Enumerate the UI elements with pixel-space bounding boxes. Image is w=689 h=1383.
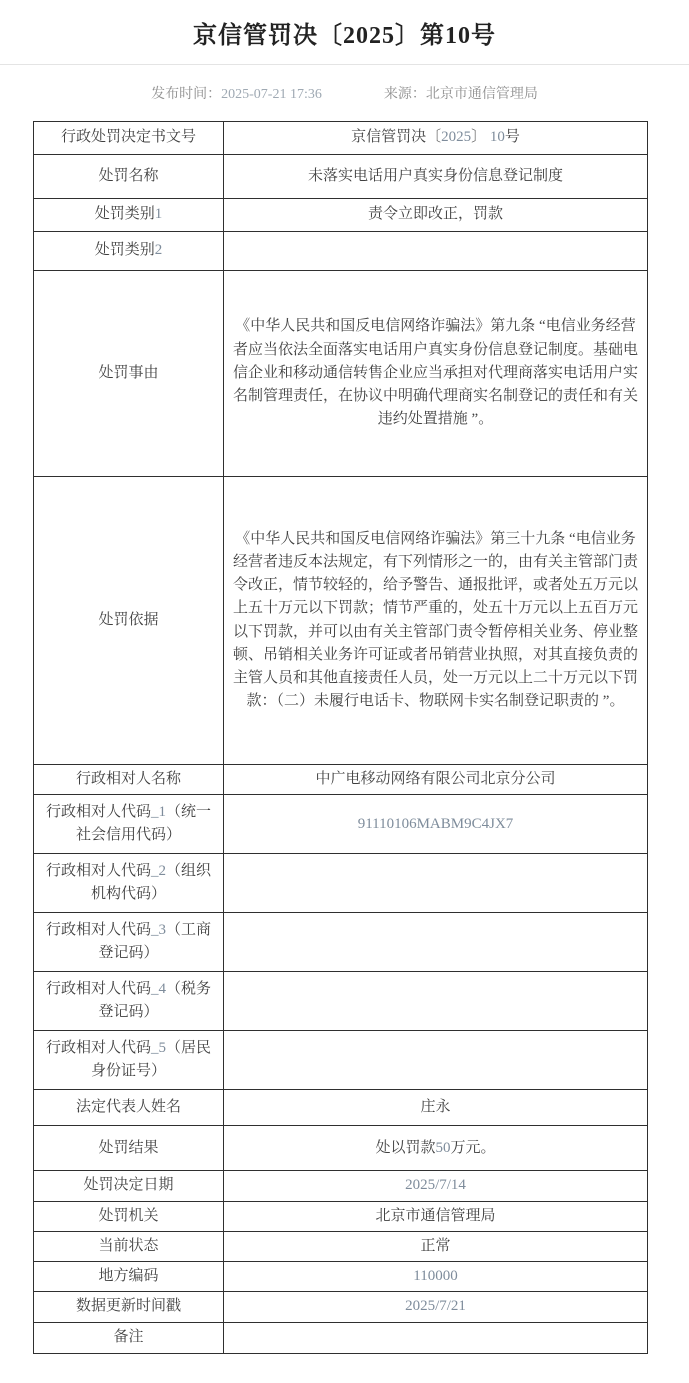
row-value [224, 232, 648, 271]
row-value: 责令立即改正，罚款 [224, 199, 648, 232]
source: 来源：北京市通信管理局 [384, 83, 538, 103]
row-value [224, 913, 648, 972]
row-penalty-authority: 处罚机关 北京市通信管理局 [34, 1201, 648, 1231]
row-penalty-reason: 处罚事由 《中华人民共和国反电信网络诈骗法》第九条 “电信业务经营者应当依法全面… [34, 271, 648, 477]
row-value [224, 1322, 648, 1353]
row-value: 91110106MABM9C4JX7 [224, 795, 648, 854]
row-value: 京信管罚决〔2025〕 10号 [224, 122, 648, 155]
row-region-code: 地方编码 110000 [34, 1262, 648, 1292]
row-party-code-5: 行政相对人代码_5（居民身份证号） [34, 1031, 648, 1090]
row-label: 行政相对人名称 [34, 765, 224, 795]
row-value [224, 854, 648, 913]
row-penalty-type-1: 处罚类别1 责令立即改正，罚款 [34, 199, 648, 232]
source-value: 北京市通信管理局 [426, 87, 538, 102]
row-label: 行政处罚决定书文号 [34, 122, 224, 155]
penalty-detail-table: 行政处罚决定书文号 京信管罚决〔2025〕 10号 处罚名称 未落实电话用户真实… [33, 121, 648, 1354]
meta-bar: 发布时间：2025-07-21 17:36 来源：北京市通信管理局 [0, 65, 689, 121]
row-current-status: 当前状态 正常 [34, 1231, 648, 1261]
row-penalty-result: 处罚结果 处以罚款50万元。 [34, 1126, 648, 1171]
row-label: 备注 [34, 1322, 224, 1353]
row-penalty-basis: 处罚依据 《中华人民共和国反电信网络诈骗法》第三十九条 “电信业务经营者违反本法… [34, 477, 648, 765]
row-value: 正常 [224, 1231, 648, 1261]
row-party-code-4: 行政相对人代码_4（税务登记码） [34, 972, 648, 1031]
row-label: 处罚机关 [34, 1201, 224, 1231]
source-label: 来源： [384, 87, 426, 102]
row-label: 行政相对人代码_1（统一社会信用代码） [34, 795, 224, 854]
row-value: 北京市通信管理局 [224, 1201, 648, 1231]
row-label: 行政相对人代码_5（居民身份证号） [34, 1031, 224, 1090]
row-value: 中广电移动网络有限公司北京分公司 [224, 765, 648, 795]
row-value: 2025/7/21 [224, 1292, 648, 1322]
row-value [224, 972, 648, 1031]
row-value: 未落实电话用户真实身份信息登记制度 [224, 155, 648, 199]
row-value [224, 1031, 648, 1090]
row-label: 处罚决定日期 [34, 1171, 224, 1201]
row-label: 行政相对人代码_3（工商登记码） [34, 913, 224, 972]
row-penalty-name: 处罚名称 未落实电话用户真实身份信息登记制度 [34, 155, 648, 199]
page-header: 京信管罚决〔2025〕第10号 [0, 0, 689, 65]
row-doc-number: 行政处罚决定书文号 京信管罚决〔2025〕 10号 [34, 122, 648, 155]
row-value: 《中华人民共和国反电信网络诈骗法》第三十九条 “电信业务经营者违反本法规定，有下… [224, 477, 648, 765]
row-label: 数据更新时间戳 [34, 1292, 224, 1322]
row-value: 处以罚款50万元。 [224, 1126, 648, 1171]
row-party-code-3: 行政相对人代码_3（工商登记码） [34, 913, 648, 972]
row-remarks: 备注 [34, 1322, 648, 1353]
row-penalty-type-2: 处罚类别2 [34, 232, 648, 271]
row-label: 处罚类别2 [34, 232, 224, 271]
row-label: 行政相对人代码_2（组织机构代码） [34, 854, 224, 913]
publish-time-value: 2025-07-21 17:36 [221, 87, 322, 102]
row-label: 处罚名称 [34, 155, 224, 199]
row-label: 法定代表人姓名 [34, 1090, 224, 1126]
row-label: 处罚依据 [34, 477, 224, 765]
row-label: 处罚事由 [34, 271, 224, 477]
row-label: 行政相对人代码_4（税务登记码） [34, 972, 224, 1031]
publish-time-label: 发布时间： [151, 87, 221, 102]
row-value: 2025/7/14 [224, 1171, 648, 1201]
row-legal-representative: 法定代表人姓名 庄永 [34, 1090, 648, 1126]
row-label: 地方编码 [34, 1262, 224, 1292]
row-value: 《中华人民共和国反电信网络诈骗法》第九条 “电信业务经营者应当依法全面落实电话用… [224, 271, 648, 477]
row-label: 处罚结果 [34, 1126, 224, 1171]
row-party-code-1: 行政相对人代码_1（统一社会信用代码） 91110106MABM9C4JX7 [34, 795, 648, 854]
publish-time: 发布时间：2025-07-21 17:36 [151, 83, 322, 103]
row-value: 庄永 [224, 1090, 648, 1126]
row-data-update-time: 数据更新时间戳 2025/7/21 [34, 1292, 648, 1322]
row-value: 110000 [224, 1262, 648, 1292]
row-label: 处罚类别1 [34, 199, 224, 232]
row-party-code-2: 行政相对人代码_2（组织机构代码） [34, 854, 648, 913]
page-title: 京信管罚决〔2025〕第10号 [193, 15, 496, 50]
row-decision-date: 处罚决定日期 2025/7/14 [34, 1171, 648, 1201]
row-label: 当前状态 [34, 1231, 224, 1261]
row-party-name: 行政相对人名称 中广电移动网络有限公司北京分公司 [34, 765, 648, 795]
